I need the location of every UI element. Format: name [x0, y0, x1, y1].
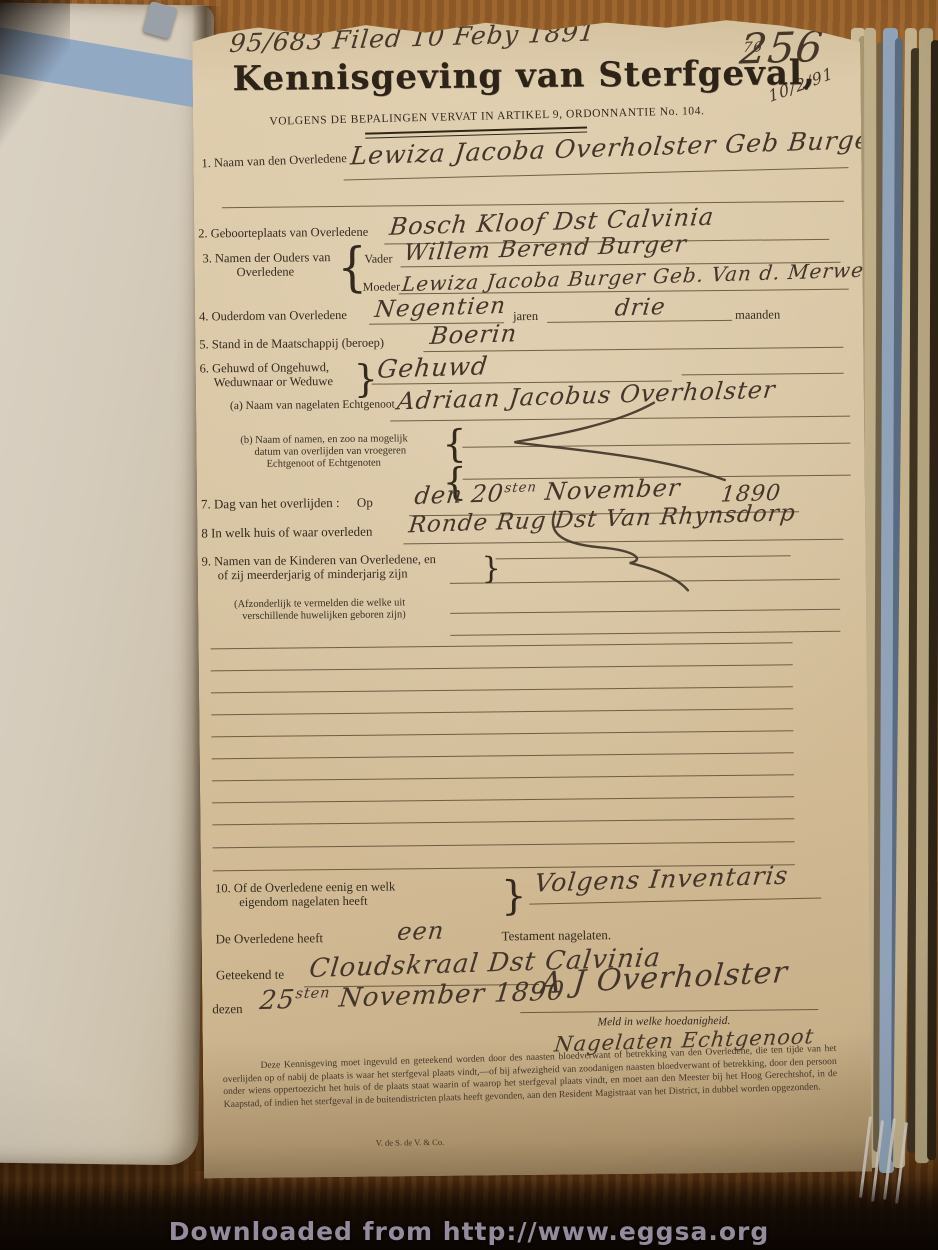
ruled-line [529, 897, 821, 904]
testament-prefix: De Overledene heeft [215, 930, 323, 947]
field6-label-line1: Gehuwd of Ongehuwd, [212, 360, 329, 375]
field9-note-line1: (Afzonderlijk te vermelden die welke uit [234, 597, 405, 610]
form-subtitle: VOLGENS DE BEPALINGEN VERVAT IN ARTIKEL … [197, 103, 777, 129]
father-label: Vader [364, 251, 392, 266]
field6-number: 6. [200, 361, 210, 375]
form-title: Kennisgeving van Sterfgeval, [232, 54, 732, 99]
ink-stroke-crossout [527, 508, 703, 600]
field6-brace: } [354, 360, 379, 398]
field7-label-text: Dag van het overlijden : [214, 495, 340, 511]
field4-years-value: Negentien [373, 293, 507, 323]
field7-value-month: November [544, 474, 682, 506]
signed-date-day: 25 [258, 985, 296, 1016]
ruled-line [212, 818, 794, 825]
ruled-line [211, 642, 793, 649]
field10-label-line2: eigendom nagelaten heeft [239, 894, 368, 910]
printer-mark: V. de S. de V. & Co. [376, 1137, 445, 1148]
field8-label-text: In welk huis of waar overleden [211, 524, 373, 541]
field6b-label-line3: Echtgenoot of Echtgenoten [267, 458, 381, 470]
field9-note-line2: verschillende huwelijken geboren zijn) [242, 609, 406, 622]
ruled-line [211, 686, 793, 693]
field10-number: 10. [215, 881, 231, 895]
signed-date-ordinal: sten [295, 985, 332, 1002]
field6b-label-line1: Naam of namen, en zoo na mogelijk [255, 433, 408, 446]
field6b-label-line2: datum van overlijden van vroegeren [254, 445, 406, 458]
signed-date-rest: November 1890 [337, 976, 566, 1013]
signature-rule [520, 1009, 818, 1013]
mother-label: Moeder [363, 279, 400, 294]
field7-number: 7. [201, 496, 211, 511]
field3-label-line1: Namen der Ouders van [215, 250, 331, 265]
field5-label: 5. Stand in de Maatschappij (beroep) [199, 336, 384, 353]
field7-label: 7. Dag van het overlijden : Op [201, 495, 373, 513]
field1-label: 1. Naam van den Overledene [201, 151, 347, 171]
ruled-line [450, 631, 840, 636]
field6-value-handwritten: Gehuwd [376, 351, 490, 383]
field7-value-day: den 20 [413, 479, 505, 510]
ruled-line [212, 796, 794, 803]
field8-number: 8 [201, 525, 208, 540]
ruled-line [222, 201, 844, 209]
field4-label: 4. Ouderdom van Overledene [199, 308, 347, 325]
field1-label-text: Naam van den Overledene [214, 151, 347, 170]
ruled-line [211, 708, 793, 715]
field4-months-unit: maanden [735, 307, 780, 322]
ruled-line [212, 752, 794, 759]
testament-suffix: Testament nagelaten. [501, 927, 611, 944]
field7-prefix: Op [357, 495, 373, 510]
field4-label-text: Ouderdom van Overledene [211, 308, 347, 323]
ruled-line [211, 664, 793, 671]
field5-label-text: Stand in de Maatschappij (beroep) [212, 336, 384, 352]
ruled-line [213, 841, 795, 848]
field9-label-line2: of zij meerderjarig of minderjarig zijn [218, 566, 408, 583]
field6a-number: (a) [230, 400, 243, 412]
field4-number: 4. [199, 309, 209, 323]
signed-date-value: 25sten November 1890 [258, 976, 566, 1016]
filing-note-handwritten: 95/683 Filed 10 Feby 1891 [228, 17, 597, 58]
ruled-line [212, 774, 794, 781]
field3-number: 3. [202, 251, 212, 265]
field3-label-line2: Overledene [237, 264, 295, 280]
left-blank-page [0, 3, 214, 1166]
testament-value-handwritten: een [396, 916, 446, 946]
signed-place-label: Geteekend te [216, 967, 284, 984]
field5-value-handwritten: Boerin [429, 319, 519, 350]
signed-date-label: dezen [212, 1001, 242, 1017]
death-notice-form-page: 95/683 Filed 10 Feby 1891 256 76 10/2/91… [192, 17, 872, 1179]
ruled-line [211, 730, 793, 737]
field6b-label: (b) Naam of namen, en zoo na mogelijk [240, 433, 407, 446]
field9-number: 9. [202, 554, 212, 568]
eggsa-watermark: Downloaded from http://www.eggsa.org [0, 1217, 938, 1246]
field1-number: 1. [201, 156, 211, 170]
capacity-instruction: Meld in welke hoedanigheid. [597, 1015, 730, 1028]
field10-brace: } [501, 876, 527, 916]
field4-months-value: drie [613, 294, 667, 322]
photo-of-death-notice-book: 95/683 Filed 10 Feby 1891 256 76 10/2/91… [0, 0, 938, 1250]
field5-number: 5. [199, 337, 209, 351]
field6a-label-text: Naam van nagelaten Echtgenoot [246, 398, 395, 412]
field6-label-line2: Weduwnaar or Weduwe [214, 374, 333, 390]
field6b-number: (b) [240, 435, 252, 446]
ruled-line [547, 320, 732, 323]
field8-label: 8 In welk huis of waar overleden [201, 524, 372, 542]
field2-number: 2. [198, 226, 208, 240]
field6a-label: (a) Naam van nagelaten Echtgenoot [230, 398, 395, 412]
field10-label-line1: Of de Overledene eenig en welk [234, 879, 396, 895]
ruled-line [450, 609, 840, 614]
footnote-paragraph: Deze Kennisgeving moet ingevuld en getee… [222, 1043, 837, 1112]
ruled-line [344, 167, 849, 180]
field7-value-ordinal: sten [504, 480, 538, 496]
